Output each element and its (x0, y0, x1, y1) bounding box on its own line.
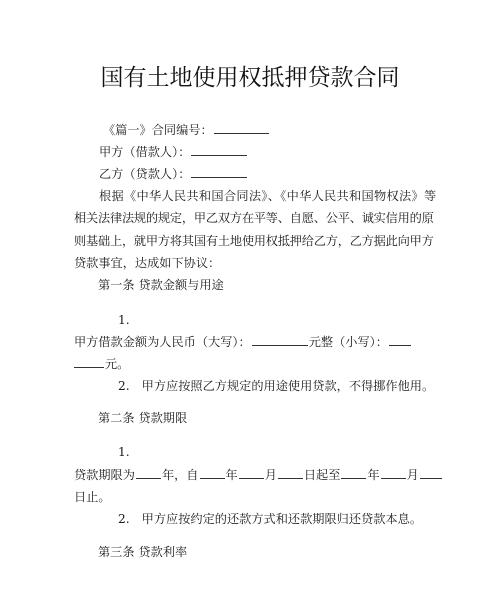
start-year-blank[interactable] (200, 468, 225, 479)
article-1-item-1-number: 1. (118, 312, 130, 328)
article-2-item-1-text: 贷款期限为年，自年月日起至年月 (74, 467, 443, 483)
loan-amount-numeric-blank-cont[interactable] (74, 357, 104, 368)
term-years-blank[interactable] (136, 468, 161, 479)
loan-amount-numeric-blank[interactable] (389, 335, 411, 346)
loan-amount-numeric-label: 元整（小写）： (309, 335, 388, 349)
year-label: 年 (226, 468, 238, 482)
loan-amount-capital-blank[interactable] (252, 335, 308, 346)
article-3-heading: 第三条 贷款利率 (98, 544, 187, 560)
article-1-heading: 第一条 贷款金额与用途 (98, 277, 224, 293)
party-a-label: 甲方（借款人）： (99, 145, 190, 159)
document-title: 国有土地使用权抵押贷款合同 (0, 63, 500, 93)
preamble-line-4: 贷款事宜，达成如下协议： (74, 255, 220, 271)
month-label: 月 (265, 468, 277, 482)
until-label: 日起至 (304, 468, 341, 482)
end-day-blank[interactable] (420, 468, 442, 479)
contract-number-field: 《篇一》合同编号： (103, 122, 270, 138)
start-day-blank[interactable] (278, 468, 303, 479)
preamble-line-1: 根据《中华人民共和国合同法》、《中华人民共和国物权法》等 (99, 188, 436, 204)
yuan-label: 元。 (105, 357, 129, 371)
article-2-item-2-text: 甲方应按约定的还款方式和还款期限归还贷款本息。 (142, 512, 422, 526)
party-b-field: 乙方（贷款人）： (99, 166, 248, 182)
start-month-blank[interactable] (239, 468, 264, 479)
preamble-line-2: 相关法律法规的规定，甲乙双方在平等、自愿、公平、诚实信用的原 (74, 210, 434, 226)
article-1-item-1-cont: 元。 (74, 356, 129, 372)
contract-number-label: 《篇一》合同编号： (103, 123, 213, 137)
from-label: 年，自 (162, 468, 199, 482)
end-year-blank[interactable] (341, 468, 366, 479)
month-label: 月 (407, 468, 419, 482)
preamble-line-3: 则基础上，就甲方将其国有土地使用权抵押给乙方，乙方据此向甲方 (74, 233, 434, 249)
end-month-blank[interactable] (381, 468, 406, 479)
article-2-item-1-number: 1. (118, 444, 130, 460)
loan-amount-capital-label: 甲方借款金额为人民币（大写）： (74, 335, 251, 349)
contract-number-blank[interactable] (214, 123, 269, 134)
article-2-heading: 第二条 贷款期限 (98, 410, 187, 426)
article-2-item-2: 2.甲方应按约定的还款方式和还款期限归还贷款本息。 (118, 511, 422, 527)
article-2-item-1-cont: 日止。 (74, 489, 111, 505)
article-1-item-1-text: 甲方借款金额为人民币（大写）：元整（小写）： (74, 334, 412, 350)
party-a-blank[interactable] (191, 145, 247, 156)
party-b-blank[interactable] (191, 167, 247, 178)
document-page: 国有土地使用权抵押贷款合同 《篇一》合同编号： 甲方（借款人）： 乙方（贷款人）… (0, 0, 500, 597)
party-b-label: 乙方（贷款人）： (99, 167, 190, 181)
term-label: 贷款期限为 (74, 468, 135, 482)
article-1-item-2: 2.甲方应按照乙方规定的用途使用贷款，不得挪作他用。 (118, 378, 434, 394)
article-1-item-2-number: 2. (118, 379, 130, 393)
article-1-item-2-text: 甲方应按照乙方规定的用途使用贷款，不得挪作他用。 (142, 379, 435, 393)
party-a-field: 甲方（借款人）： (99, 144, 248, 160)
article-2-item-2-number: 2. (118, 512, 130, 526)
year-label: 年 (367, 468, 379, 482)
